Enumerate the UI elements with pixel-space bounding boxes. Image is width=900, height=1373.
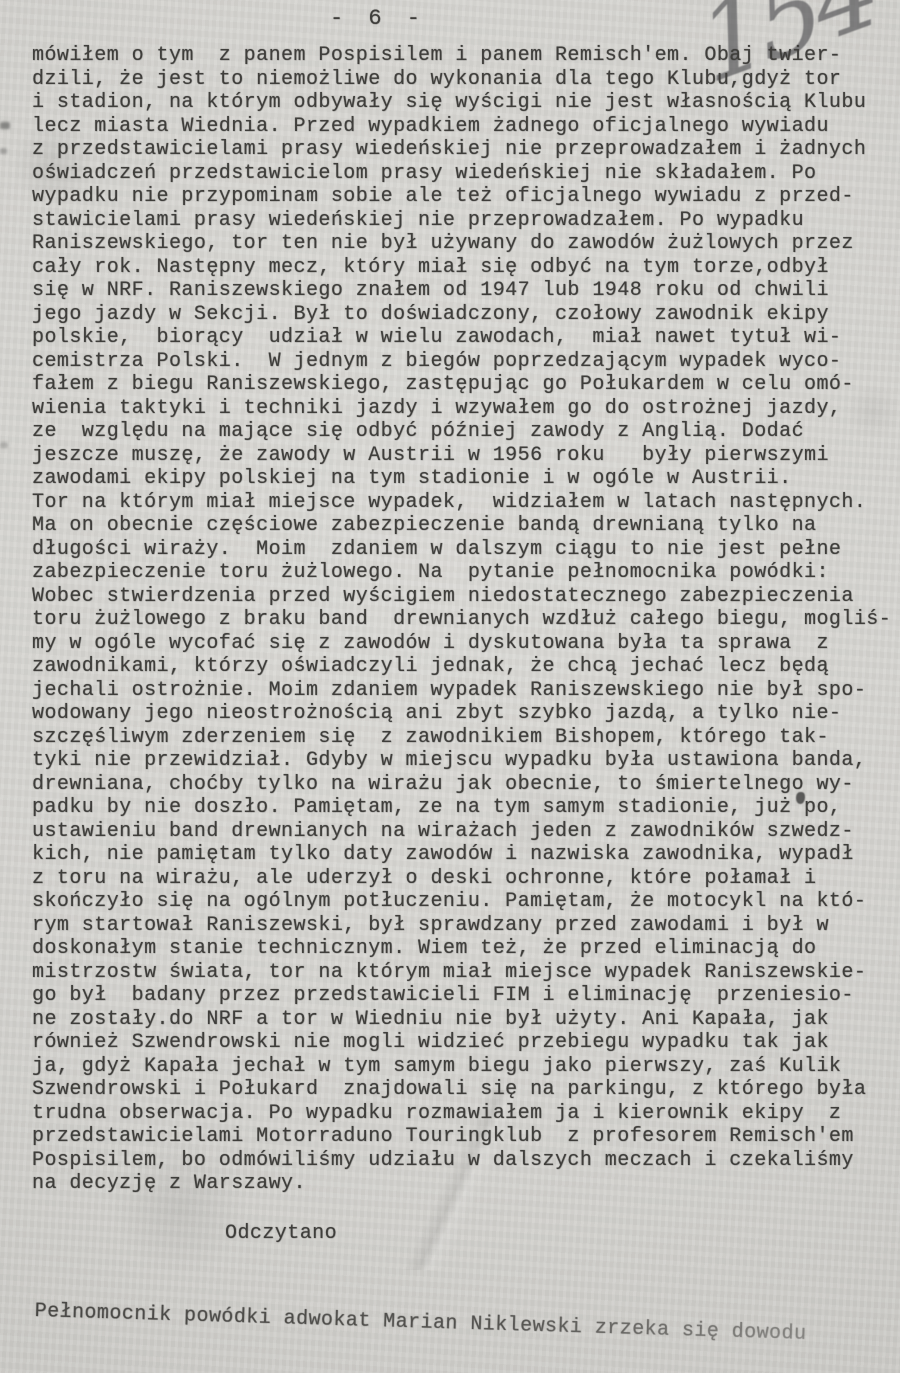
footer-attorney-line: Pełnomocnik powódki adwokat Marian Nikle… <box>34 1300 894 1349</box>
scan-artifact <box>0 122 10 129</box>
page-number: - 6 - <box>330 6 426 31</box>
scanned-document-page: - 6 - 154 mówiłem o tym z panem Pospisil… <box>0 0 900 1373</box>
scan-artifact <box>0 148 7 154</box>
scan-artifact <box>0 442 8 448</box>
document-body-text: mówiłem o tym z panem Pospisilem i panem… <box>32 44 900 1196</box>
closing-word: Odczytano <box>225 1222 337 1245</box>
